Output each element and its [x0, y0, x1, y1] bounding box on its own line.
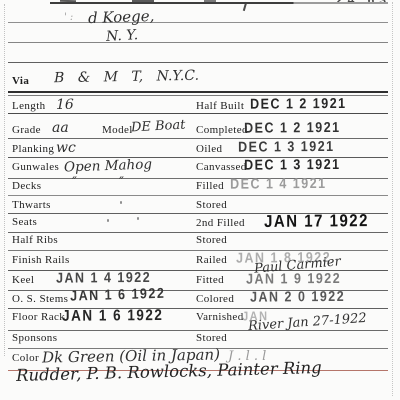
field-label: Colored [196, 293, 234, 305]
field-label: Model [102, 124, 133, 136]
field-label: O. S. Stems [12, 293, 68, 305]
field-label: Thwarts [12, 199, 51, 211]
field-label: Floor Rack [12, 311, 65, 323]
date-stamp: DEC 1 4 1921 [230, 175, 327, 192]
field-label: Oiled [196, 143, 222, 155]
rule [8, 113, 388, 114]
via-value: B & M T, N.Y.C. [54, 68, 199, 87]
field-value: 16 [56, 97, 74, 113]
faint-pen-marks: ' : [64, 12, 73, 23]
date-stamp: JAN 17 1922 [264, 211, 369, 231]
field-label: Sponsons [12, 332, 57, 344]
via-label: Via [12, 75, 29, 87]
field-label: Keel [12, 274, 34, 286]
field-label: Decks [12, 180, 42, 192]
rule [8, 232, 388, 233]
field-label: Canvassed [196, 161, 247, 173]
date-stamp: JAN 1 6 1922 [62, 306, 163, 324]
date-stamp: DEC 1 2 1921 [250, 95, 347, 112]
rule [50, 2, 388, 4]
pen-speck [120, 201, 122, 204]
pen-speck [137, 217, 139, 220]
date-stamp: DEC 1 3 1921 [238, 138, 335, 155]
field-label: Fitted [196, 274, 224, 286]
rule [8, 62, 388, 63]
field-label: Seats [12, 216, 37, 228]
pen-speck [107, 219, 109, 222]
ditto-marks: ″ ″ [72, 175, 124, 190]
field-label: Stored [196, 332, 227, 344]
field-value: DE Boat [131, 118, 186, 136]
rule [8, 178, 388, 179]
field-label: Half Built [196, 100, 244, 112]
field-label: Length [12, 100, 46, 112]
field-label: Stored [196, 199, 227, 211]
address-line-2: N. Y. [106, 27, 139, 45]
left-scan-edge [4, 4, 5, 356]
date-stamp: JAN 2 0 1922 [250, 288, 345, 305]
field-label: Planking [12, 143, 54, 155]
date-stamp: DEC 1 2 1921 [244, 119, 341, 136]
record-card: 24 63 ' : d Koege, N. Y. Via B & M T, N.… [0, 0, 400, 400]
field-value: Open Mahog [64, 156, 153, 175]
field-label: Grade [12, 124, 41, 136]
rule [8, 330, 388, 331]
rule [8, 195, 388, 196]
field-label: Varnished [196, 311, 244, 323]
field-label: Finish Rails [12, 254, 70, 266]
rule [8, 42, 388, 43]
date-stamp: JAN 1 6 1922 [70, 285, 165, 304]
right-scan-edge [392, 2, 393, 396]
date-stamp: DEC 1 3 1921 [244, 156, 341, 173]
field-label: Railed [196, 254, 227, 266]
date-stamp: JAN 1 4 1922 [56, 269, 151, 286]
field-label: Half Ribs [12, 234, 58, 246]
field-value: aa [52, 120, 69, 136]
rule [8, 91, 388, 93]
field-value: wc [56, 140, 76, 156]
field-label: Gunwales [12, 161, 59, 173]
field-label: Completed [196, 124, 248, 136]
field-label: Stored [196, 234, 227, 246]
address-line-1: d Koege, [88, 7, 155, 27]
field-label: Color [12, 352, 39, 364]
field-label: 2nd Filled [196, 217, 245, 229]
date-stamp: JAN 1 9 1922 [246, 270, 341, 287]
field-label: Filled [196, 180, 224, 192]
